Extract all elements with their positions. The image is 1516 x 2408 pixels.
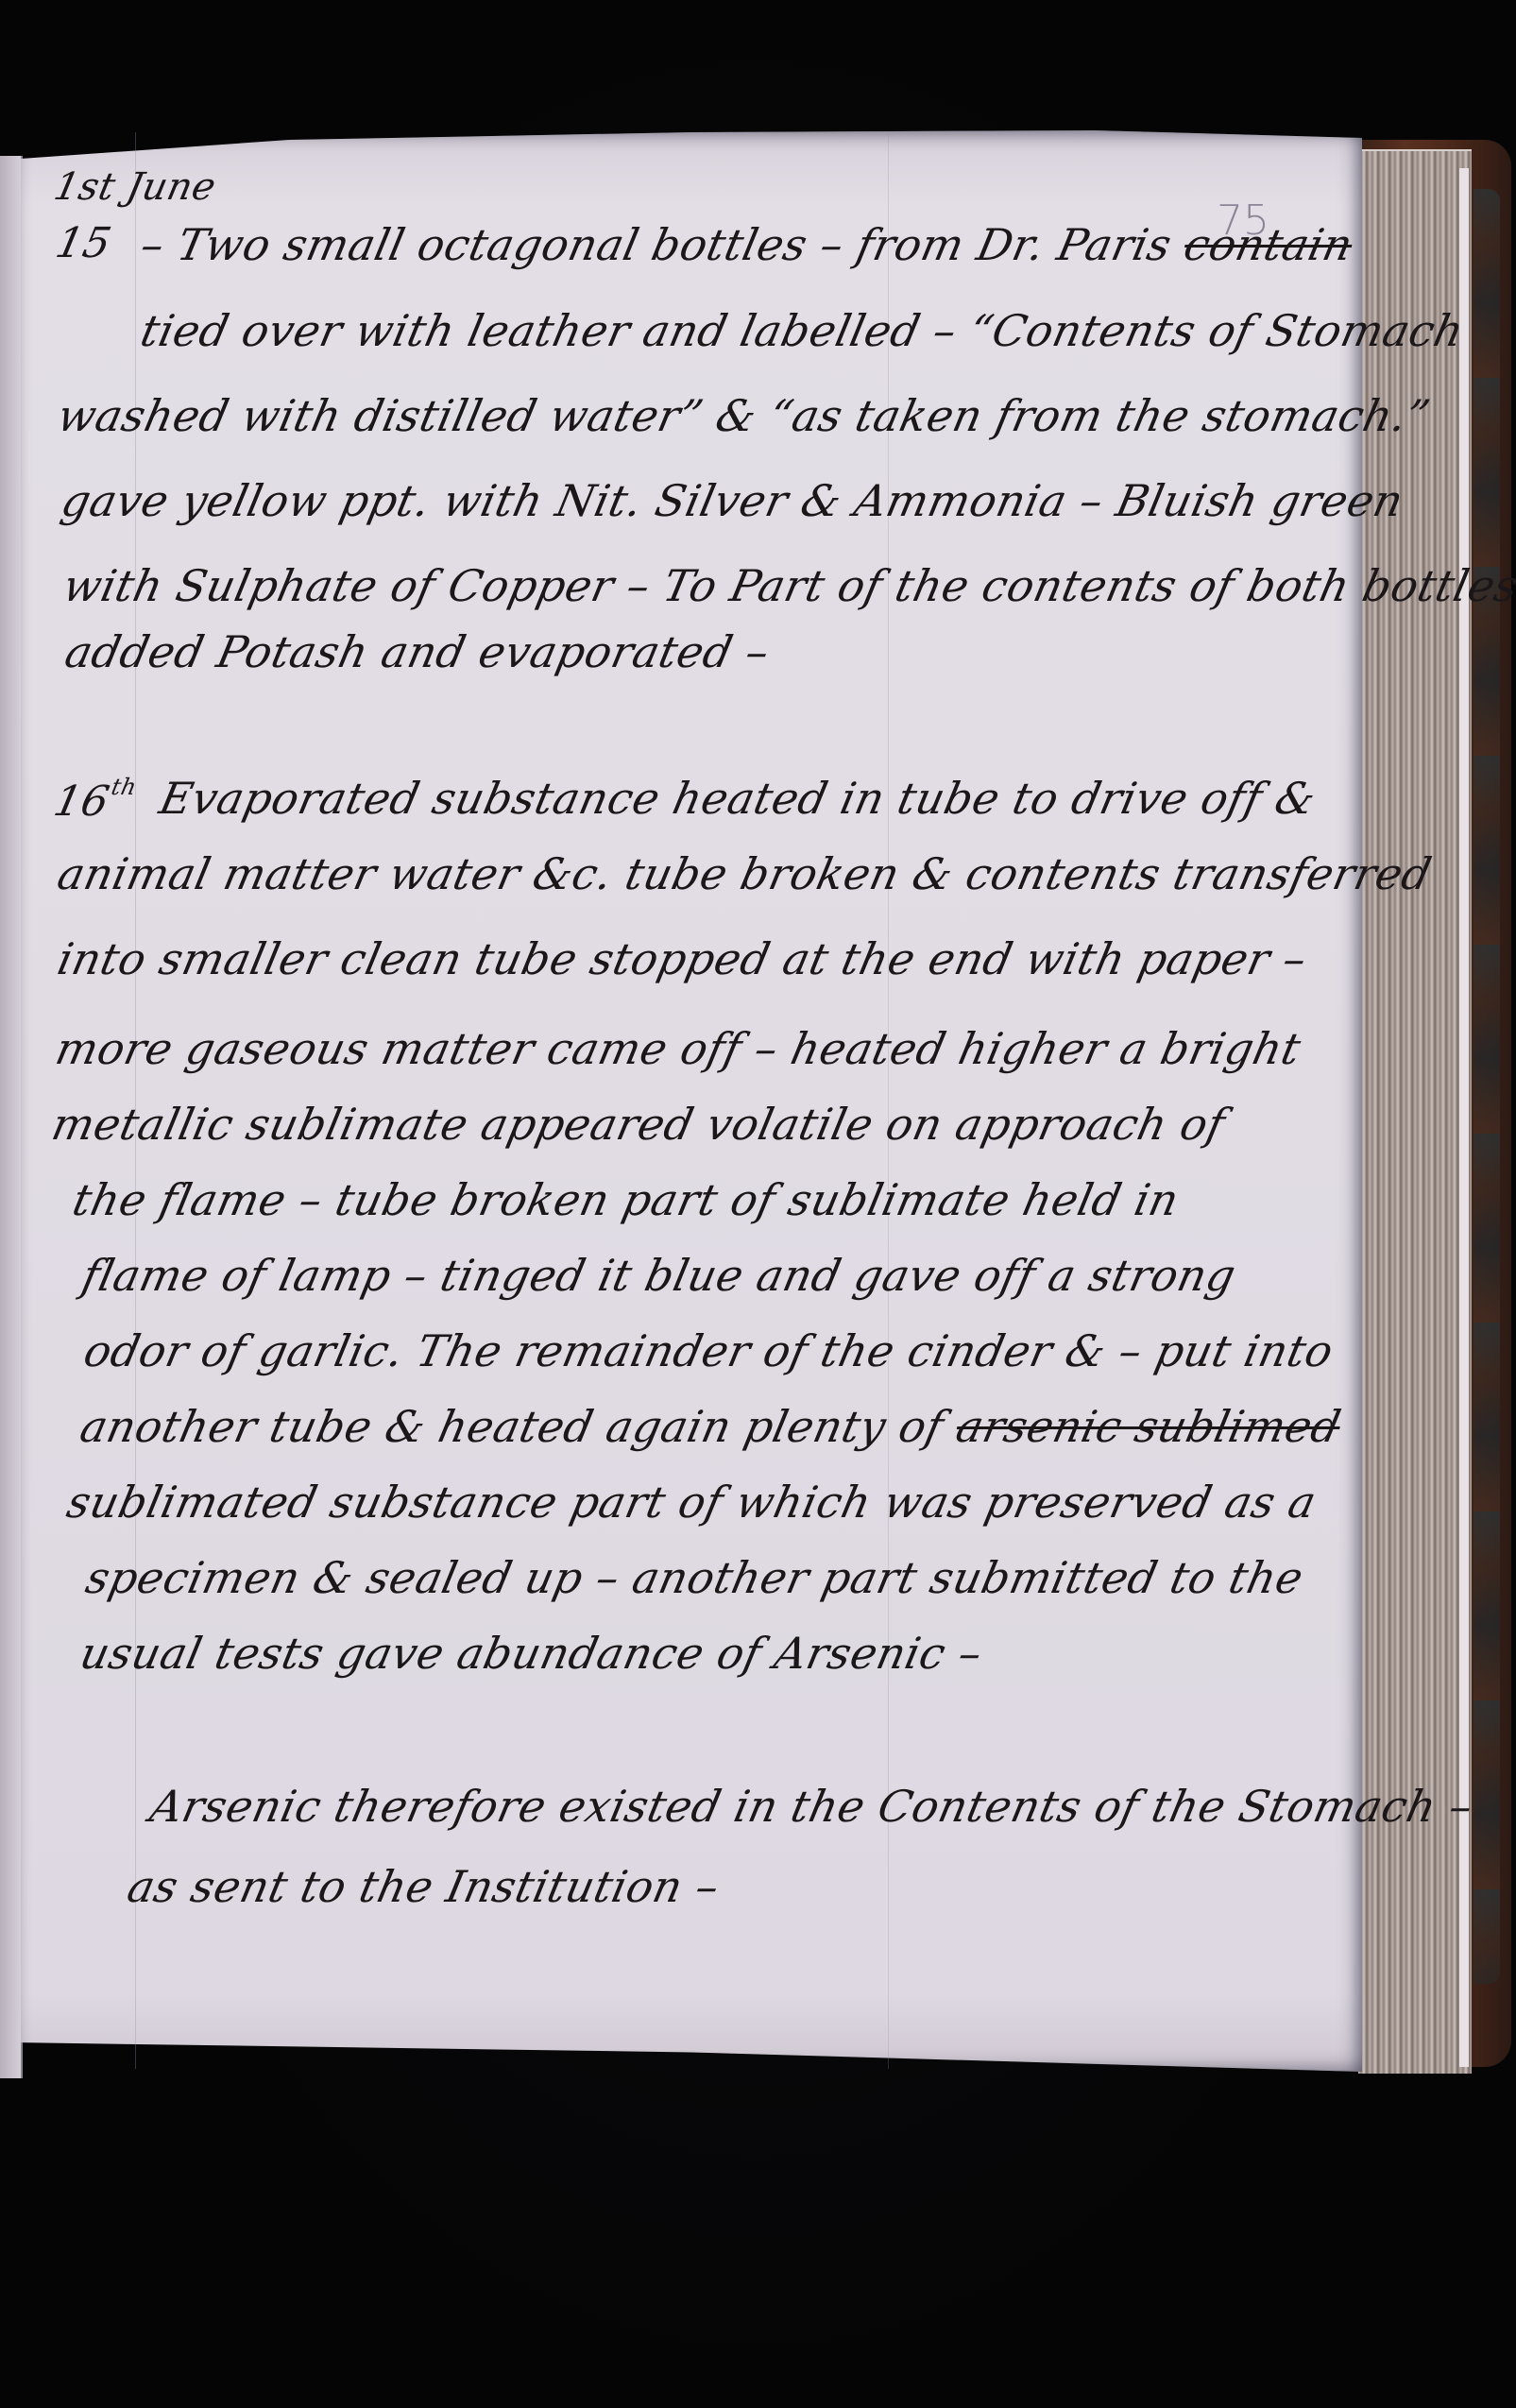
entry-line: odor of garlic. The remainder of the cin… <box>79 1325 1337 1376</box>
entry-line: Evaporated substance heated in tube to d… <box>155 773 1320 824</box>
entry-line: more gaseous matter came off – heated hi… <box>51 1023 1305 1074</box>
entry-line: – Two small octagonal bottles – from Dr.… <box>136 219 1357 270</box>
margin-date-day: 16th <box>50 777 139 826</box>
conclusion-line: as sent to the Institution – <box>123 1861 724 1912</box>
entry-line: the flame – tube broken part of sublimat… <box>68 1174 1184 1225</box>
entry-line: into smaller clean tube stopped at the e… <box>53 933 1311 984</box>
entry-line: usual tests gave abundance of Arsenic – <box>76 1628 987 1679</box>
struck-text: arsenic sublimed <box>952 1401 1346 1452</box>
entry-line: washed with distilled water” & “as taken… <box>53 390 1435 441</box>
left-facing-page <box>0 156 23 2078</box>
entry-line: sublimated substance part of which was p… <box>62 1477 1320 1528</box>
entry-line: animal matter water &c. tube broken & co… <box>53 848 1436 899</box>
entry-line: another tube & heated again plenty of ar… <box>76 1401 1345 1452</box>
entry-line: gave yellow ppt. with Nit. Silver & Ammo… <box>57 475 1407 526</box>
entry-line: specimen & sealed up – another part subm… <box>81 1552 1308 1603</box>
entry-line: metallic sublimate appeared volatile on … <box>47 1099 1230 1150</box>
date-day: 16 <box>50 777 114 826</box>
margin-date-day: 15 <box>52 219 116 267</box>
conclusion-line: Arsenic therefore existed in the Content… <box>145 1781 1477 1832</box>
marbled-cover-edge <box>1473 189 1500 1984</box>
entry-line: with Sulphate of Copper – To Part of the… <box>59 560 1516 611</box>
entry-line: flame of lamp – tinged it blue and gave … <box>77 1250 1240 1301</box>
entry-line: tied over with leather and labelled – “C… <box>136 305 1468 356</box>
line-text: another tube & heated again plenty of <box>76 1401 962 1452</box>
struck-text: contain <box>1180 219 1357 270</box>
line-text: – Two small octagonal bottles – from Dr.… <box>136 219 1190 270</box>
entry-line: added Potash and evaporated – <box>60 626 774 677</box>
margin-date-month: 1st June <box>50 165 220 209</box>
